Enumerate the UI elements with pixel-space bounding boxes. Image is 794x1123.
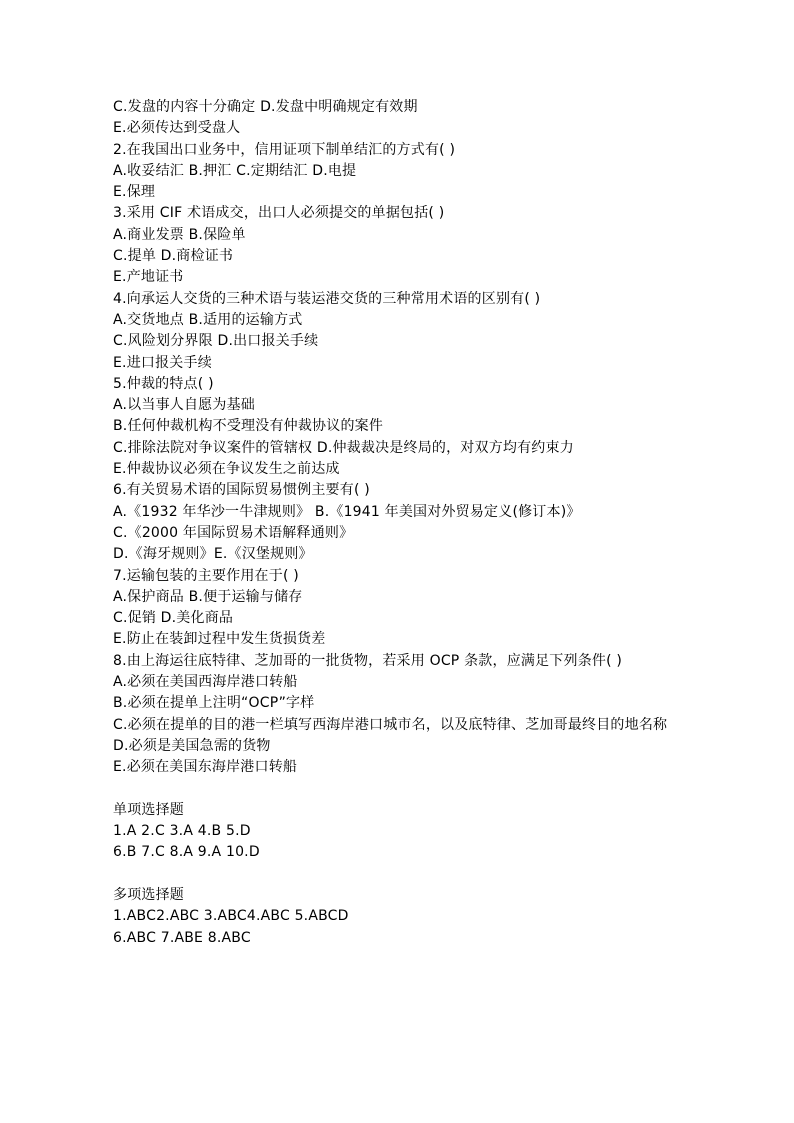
doc-line: A.商业发票 B.保险单 <box>113 225 704 246</box>
doc-line: A.以当事人自愿为基础 <box>113 395 704 416</box>
doc-line: A.《1932 年华沙一牛津规则》 B.《1941 年美国对外贸易定义(修订本)… <box>113 502 704 523</box>
doc-line: C.《2000 年国际贸易术语解释通则》 <box>113 523 704 544</box>
doc-line: C.排除法院对争议案件的管辖权 D.仲裁裁决是终局的，对双方均有约束力 <box>113 438 704 459</box>
multi-choice-answers-row: 6.ABC 7.ABE 8.ABC <box>113 928 704 949</box>
doc-line: E.保理 <box>113 182 704 203</box>
doc-line: D.必须是美国急需的货物 <box>113 736 704 757</box>
doc-line: E.防止在装卸过程中发生货损货差 <box>113 629 704 650</box>
doc-line: E.必须在美国东海岸港口转船 <box>113 757 704 778</box>
blank-line <box>113 864 704 885</box>
document-page: C.发盘的内容十分确定 D.发盘中明确规定有效期 E.必须传达到受盘人 2.在我… <box>0 0 794 1123</box>
doc-line: C.发盘的内容十分确定 D.发盘中明确规定有效期 <box>113 97 704 118</box>
document-body: C.发盘的内容十分确定 D.发盘中明确规定有效期 E.必须传达到受盘人 2.在我… <box>113 97 704 949</box>
doc-line: A.交货地点 B.适用的运输方式 <box>113 310 704 331</box>
doc-line: 3.采用 CIF 术语成交，出口人必须提交的单据包括( ) <box>113 203 704 224</box>
single-choice-answers-title: 单项选择题 <box>113 800 704 821</box>
doc-line: 2.在我国出口业务中，信用证项下制单结汇的方式有( ) <box>113 140 704 161</box>
doc-line: E.产地证书 <box>113 267 704 288</box>
doc-line: D.《海牙规则》E.《汉堡规则》 <box>113 544 704 565</box>
multi-choice-answers-row: 1.ABC2.ABC 3.ABC4.ABC 5.ABCD <box>113 906 704 927</box>
doc-line: 8.由上海运往底特律、芝加哥的一批货物，若采用 OCP 条款，应满足下列条件( … <box>113 651 704 672</box>
multi-choice-answers-title: 多项选择题 <box>113 885 704 906</box>
doc-line: B.任何仲裁机构不受理没有仲裁协议的案件 <box>113 416 704 437</box>
doc-line: 6.有关贸易术语的国际贸易惯例主要有( ) <box>113 480 704 501</box>
single-choice-answers-row: 6.B 7.C 8.A 9.A 10.D <box>113 842 704 863</box>
doc-line: 7.运输包装的主要作用在于( ) <box>113 566 704 587</box>
doc-line: C.提单 D.商检证书 <box>113 246 704 267</box>
single-choice-answers-row: 1.A 2.C 3.A 4.B 5.D <box>113 821 704 842</box>
doc-line: A.保护商品 B.便于运输与储存 <box>113 587 704 608</box>
blank-line <box>113 779 704 800</box>
doc-line: C.风险划分界限 D.出口报关手续 <box>113 331 704 352</box>
doc-line: E.必须传达到受盘人 <box>113 118 704 139</box>
doc-line: 5.仲裁的特点( ) <box>113 374 704 395</box>
doc-line: E.进口报关手续 <box>113 353 704 374</box>
doc-line: C.必须在提单的目的港一栏填写西海岸港口城市名，以及底特律、芝加哥最终目的地名称 <box>113 715 704 736</box>
doc-line: C.促销 D.美化商品 <box>113 608 704 629</box>
doc-line: A.收妥结汇 B.押汇 C.定期结汇 D.电提 <box>113 161 704 182</box>
doc-line: A.必须在美国西海岸港口转船 <box>113 672 704 693</box>
doc-line: 4.向承运人交货的三种术语与装运港交货的三种常用术语的区别有( ) <box>113 289 704 310</box>
doc-line: E.仲裁协议必须在争议发生之前达成 <box>113 459 704 480</box>
doc-line: B.必须在提单上注明“OCP”字样 <box>113 693 704 714</box>
